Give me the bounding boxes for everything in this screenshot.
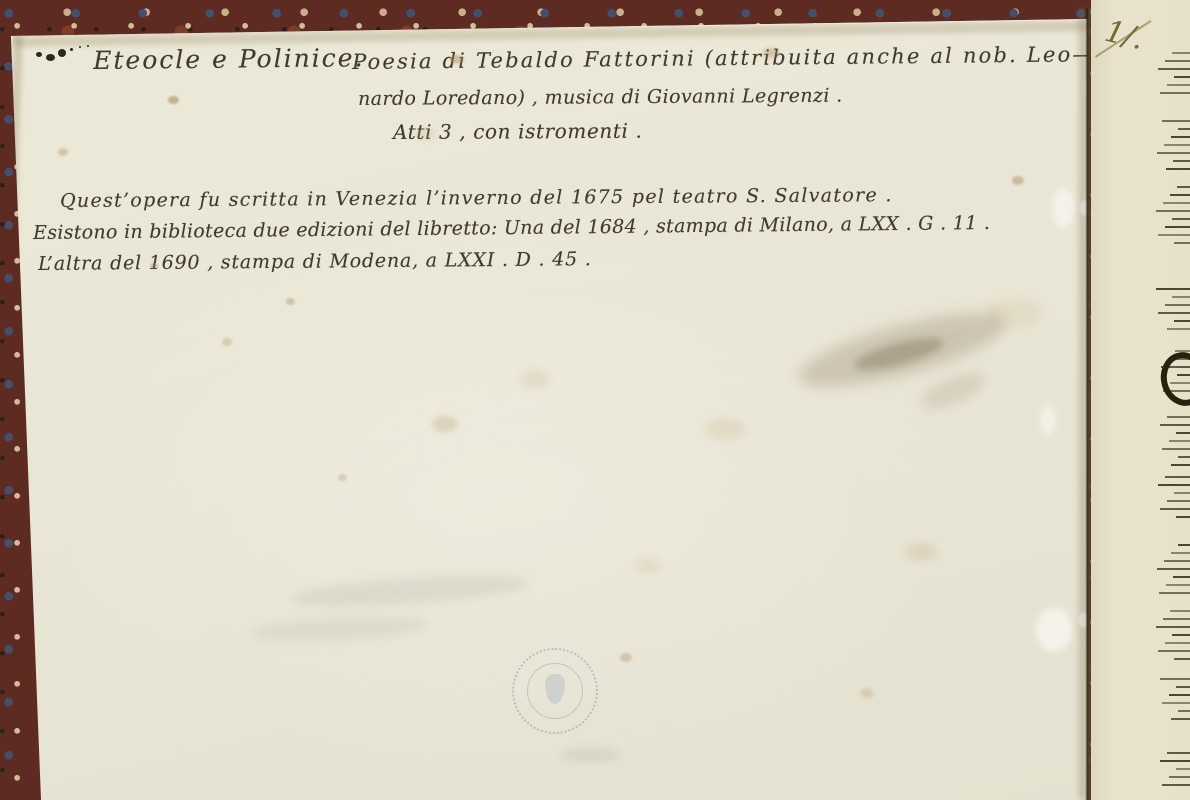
staff-dash — [1167, 328, 1190, 330]
staff-dash — [1163, 618, 1190, 620]
staff-dash — [1171, 464, 1190, 466]
staff-dash — [1159, 592, 1190, 594]
staff-dash — [1158, 650, 1190, 652]
facing-page: 1/. — [1091, 0, 1190, 800]
staff-dash — [1157, 568, 1190, 570]
staff-dash — [1171, 718, 1190, 720]
staff-dash — [1156, 626, 1190, 628]
stain — [763, 48, 779, 58]
stain — [520, 370, 550, 388]
staff-dash — [1178, 456, 1190, 458]
staff-dash — [1167, 416, 1190, 418]
clef-fragment — [1156, 348, 1190, 410]
manuscript-page: Eteocle e Polinice. Poesia di Tebaldo Fa… — [0, 0, 1190, 800]
staff-dash — [1162, 702, 1190, 704]
staff-dash — [1158, 234, 1190, 236]
stain — [150, 263, 158, 269]
stain — [222, 338, 232, 346]
stain — [289, 570, 530, 613]
staff-dash — [1162, 784, 1190, 786]
staff-dash — [1177, 186, 1190, 188]
staff-dash — [1169, 694, 1190, 696]
note-line2: Esistono in biblioteca due edizioni del … — [33, 212, 990, 244]
staff-dash — [1166, 584, 1190, 586]
stain — [432, 416, 458, 432]
stain — [635, 558, 661, 573]
staff-dash — [1169, 440, 1190, 442]
stain — [560, 748, 620, 762]
stain — [450, 55, 464, 64]
stain — [1040, 404, 1056, 436]
staff-dash — [1157, 152, 1190, 154]
staff-dash — [1160, 678, 1190, 680]
stain — [250, 613, 431, 644]
note-line1: Quest’opera fu scritta in Venezia l’inve… — [60, 184, 893, 212]
staff-dash — [1164, 144, 1190, 146]
staff-dash — [1173, 160, 1190, 162]
staff-dash — [1158, 312, 1190, 314]
staff-dash — [1160, 92, 1190, 94]
staff-dash — [1160, 760, 1190, 762]
staff-dash — [1174, 492, 1190, 494]
staff-dash — [1176, 432, 1190, 434]
stain — [286, 298, 295, 305]
staff-dash — [1171, 552, 1190, 554]
staff-dash — [1165, 476, 1190, 478]
staff-dash — [1158, 68, 1190, 70]
opera-title: Eteocle e Polinice. — [93, 43, 365, 75]
library-stamp — [512, 648, 598, 734]
heading-line2: nardo Loredano) , musica di Giovanni Leg… — [358, 85, 843, 110]
staff-dash — [1158, 484, 1190, 486]
staff-dash — [1172, 52, 1190, 54]
staff-dash — [1174, 76, 1190, 78]
staff-dash — [1178, 128, 1190, 130]
staff-dash — [1165, 642, 1190, 644]
staff-dash — [1171, 136, 1190, 138]
staff-dash — [1173, 576, 1190, 578]
staff-dash — [1162, 120, 1190, 122]
staff-dash — [1163, 202, 1190, 204]
staff-dash — [1174, 658, 1190, 660]
staff-dash — [1156, 288, 1190, 290]
staff-dash — [1176, 516, 1190, 518]
staff-dash — [1165, 304, 1190, 306]
staff-dash — [1170, 610, 1190, 612]
staff-dash — [1178, 544, 1190, 546]
staff-dash — [1169, 776, 1190, 778]
staff-dash — [1178, 710, 1190, 712]
staff-dash — [1170, 194, 1190, 196]
staff-dash — [1165, 226, 1190, 228]
staff-dash — [1176, 686, 1190, 688]
staff-dash — [1156, 210, 1190, 212]
stain — [1052, 188, 1074, 228]
staff-dash — [1165, 60, 1190, 62]
manuscript-scan: Eteocle e Polinice. Poesia di Tebaldo Fa… — [0, 0, 1190, 800]
staff-dash — [1167, 500, 1190, 502]
stain — [916, 366, 991, 416]
stain — [860, 688, 874, 698]
stain — [1036, 608, 1072, 652]
staff-dash — [1174, 242, 1190, 244]
staff-dash — [1172, 296, 1190, 298]
staff-dash — [1174, 320, 1190, 322]
staff-dash — [1172, 634, 1190, 636]
stain — [620, 653, 632, 662]
note-line3: L’altra del 1690 , stampa di Modena, a L… — [38, 248, 592, 275]
page-edge-shadow-left — [0, 34, 23, 800]
staff-dash — [1164, 560, 1190, 562]
staff-dash — [1160, 508, 1190, 510]
staff-dash — [1172, 218, 1190, 220]
stain — [1012, 176, 1024, 185]
stain — [58, 148, 68, 156]
stain — [168, 96, 179, 104]
stain — [705, 418, 747, 440]
stain — [415, 128, 437, 140]
staff-dash — [1167, 752, 1190, 754]
page-edge-highlight-left — [0, 32, 13, 800]
staff-dash — [1176, 768, 1190, 770]
stain — [905, 543, 937, 561]
staff-dash — [1160, 424, 1190, 426]
staff-dash — [1166, 168, 1190, 170]
staff-dash — [1167, 84, 1190, 86]
staff-dash — [1162, 448, 1190, 450]
stain — [338, 474, 347, 481]
